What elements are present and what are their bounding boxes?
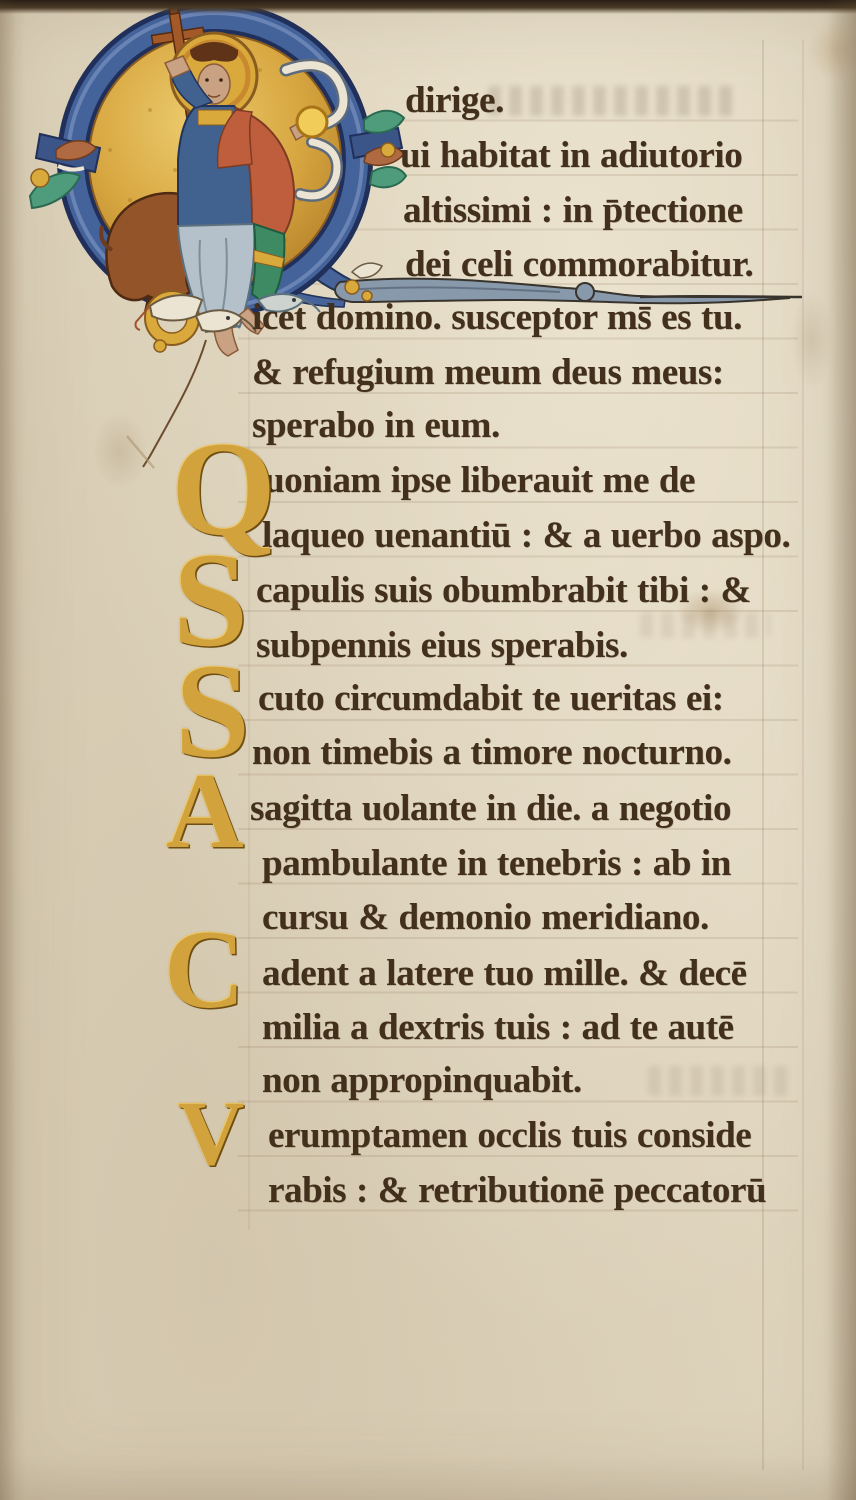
parchment-crack (127, 436, 154, 468)
gold-disc (297, 107, 327, 137)
text-line: & refugium meum deus meus: (252, 354, 724, 391)
page-right-edge-shading (828, 0, 856, 1500)
text-line: cursu & demonio meridiano. (262, 899, 709, 936)
white-dragon-head (196, 310, 242, 331)
text-line: non timebis a timore nocturno. (252, 734, 732, 771)
text-line: uoniam ipse liberauit me de (264, 462, 695, 499)
text-line: cuto circumdabit te ueritas ei: (258, 680, 724, 717)
gold-initial-V: V (178, 1087, 244, 1179)
text-line: ui habitat in adiutorio (400, 137, 742, 174)
text-line: altissimi : in p̄tectione (403, 192, 743, 229)
gold-ball (31, 169, 49, 187)
page-left-edge-shading (0, 0, 16, 1500)
text-line: sperabo in eum. (252, 407, 500, 444)
text-line: milia a dextris tuis : ad te autē (262, 1009, 734, 1046)
gold-initial-C: C (164, 914, 245, 1026)
text-line: adent a latere tuo mille. & decē (262, 955, 747, 992)
text-line: subpennis eius sperabis. (256, 627, 628, 664)
text-line: sagitta uolante in die. a negotio (250, 790, 731, 827)
text-line: rabis : & retributionē peccatorū (268, 1172, 766, 1209)
text-line: non appropinquabit. (262, 1062, 582, 1099)
text-line: laqueo uenantiū : & a uerbo aspo. (262, 517, 790, 554)
gold-drop (345, 280, 359, 294)
manuscript-page: dirige. ui habitat in adiutorio altissim… (0, 0, 856, 1500)
text-line: pambulante in tenebris : ab in (262, 845, 731, 882)
gold-initial-A: A (166, 758, 244, 866)
text-line: capulis suis obumbrabit tibi : & (256, 572, 751, 609)
page-top-edge (0, 0, 856, 14)
text-line: dirige. (405, 82, 504, 119)
tail-wing-flourish (352, 263, 382, 278)
gold-ball (381, 143, 395, 157)
text-line: erumptamen occlis tuis conside (268, 1117, 751, 1154)
show-through-text-ghost (648, 1066, 788, 1096)
text-line: icet domino. susceptor ms̄ es tu. (252, 299, 742, 336)
text-line: dei celi commorabitur. (405, 246, 753, 283)
